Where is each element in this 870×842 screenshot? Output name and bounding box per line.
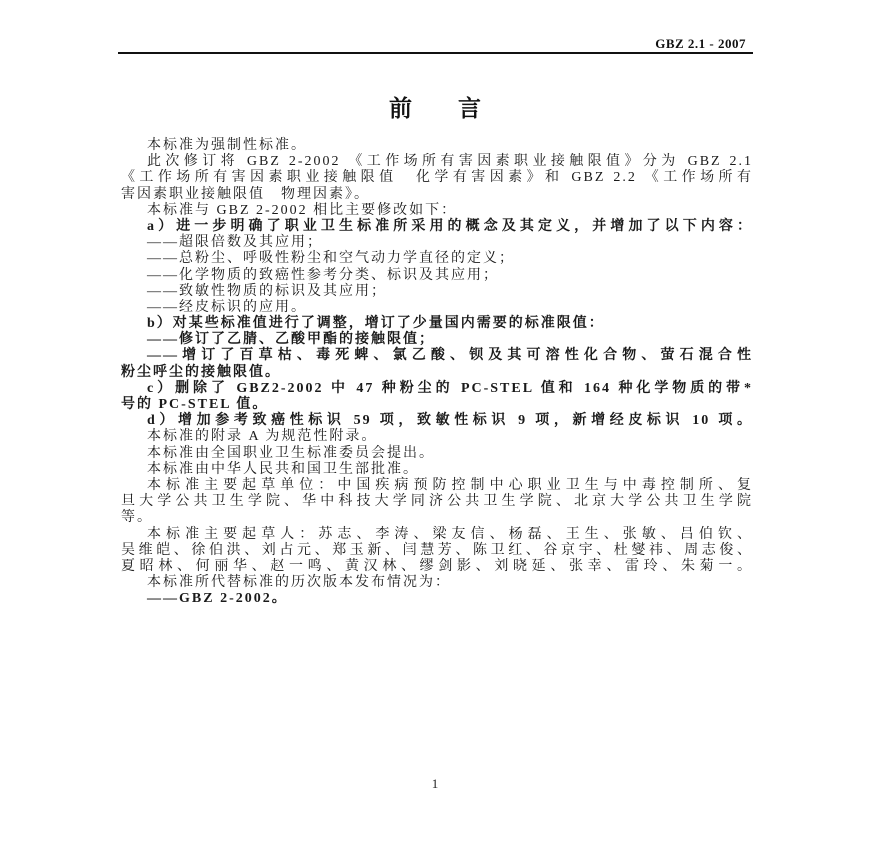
body-line: 本标准与 GBZ 2-2002 相比主要修改如下：	[121, 203, 753, 219]
body-line: ——超限倍数及其应用；	[121, 235, 753, 251]
body-line: 吴维皑、徐伯洪、刘占元、郑玉新、闫慧芳、陈卫红、谷京宇、杜燮祎、周志俊、	[121, 543, 753, 559]
body-line: 本标准主要起草单位：中国疾病预防控制中心职业卫生与中毒控制所、复	[121, 478, 753, 494]
body-line: 本标准主要起草人：苏志、李涛、梁友信、杨磊、王生、张敏、吕伯钦、	[121, 527, 753, 543]
body-line: b）对某些标准值进行了调整，增订了少量国内需要的标准限值：	[121, 316, 753, 332]
body-line: ——修订了乙腈、乙酸甲酯的接触限值；	[121, 332, 753, 348]
body-line: d）增加参考致癌性标识 59 项，致敏性标识 9 项，新增经皮标识 10 项。	[121, 413, 753, 429]
body-line: ——致敏性物质的标识及其应用；	[121, 284, 753, 300]
body-line: ——经皮标识的应用。	[121, 300, 753, 316]
body-line: 夏昭林、何丽华、赵一鸣、黄汉林、缪剑影、刘晓延、张幸、雷玲、朱菊一。	[121, 559, 753, 575]
body-line: ——GBZ 2-2002。	[121, 591, 753, 607]
body-line: 粉尘呼尘的接触限值。	[121, 365, 753, 381]
body-line: 等。	[121, 510, 753, 526]
body-line: 号的 PC-STEL 值。	[121, 397, 753, 413]
body-line: 本标准所代替标准的历次版本发布情况为：	[121, 575, 753, 591]
page-header-standard-number: GBZ 2.1 - 2007	[118, 36, 746, 52]
document-page: GBZ 2.1 - 2007 前 言 本标准为强制性标准。此次修订将 GBZ 2…	[0, 0, 870, 842]
body-line: 《工作场所有害因素职业接触限值 化学有害因素》和 GBZ 2.2 《工作场所有	[121, 170, 753, 186]
header-rule	[118, 52, 753, 54]
body-line: 害因素职业接触限值 物理因素》。	[121, 187, 753, 203]
body-line: 本标准由中华人民共和国卫生部批准。	[121, 462, 753, 478]
body-line: ——总粉尘、呼吸性粉尘和空气动力学直径的定义；	[121, 251, 753, 267]
body-line: 此次修订将 GBZ 2-2002 《工作场所有害因素职业接触限值》分为 GBZ …	[121, 154, 753, 170]
body-line: 本标准的附录 A 为规范性附录。	[121, 429, 753, 445]
body-text: 本标准为强制性标准。此次修订将 GBZ 2-2002 《工作场所有害因素职业接触…	[121, 138, 753, 607]
document-title: 前 言	[0, 90, 870, 123]
body-line: c）删除了 GBZ2-2002 中 47 种粉尘的 PC-STEL 值和 164…	[121, 381, 753, 397]
body-line: ——增订了百草枯、毒死蜱、氯乙酸、钡及其可溶性化合物、萤石混合性	[121, 348, 753, 364]
body-line: ——化学物质的致癌性参考分类、标识及其应用；	[121, 268, 753, 284]
body-line: 本标准为强制性标准。	[121, 138, 753, 154]
page-number: 1	[0, 776, 870, 792]
body-line: a）进一步明确了职业卫生标准所采用的概念及其定义，并增加了以下内容：	[121, 219, 753, 235]
body-line: 本标准由全国职业卫生标准委员会提出。	[121, 446, 753, 462]
body-line: 旦大学公共卫生学院、华中科技大学同济公共卫生学院、北京大学公共卫生学院	[121, 494, 753, 510]
